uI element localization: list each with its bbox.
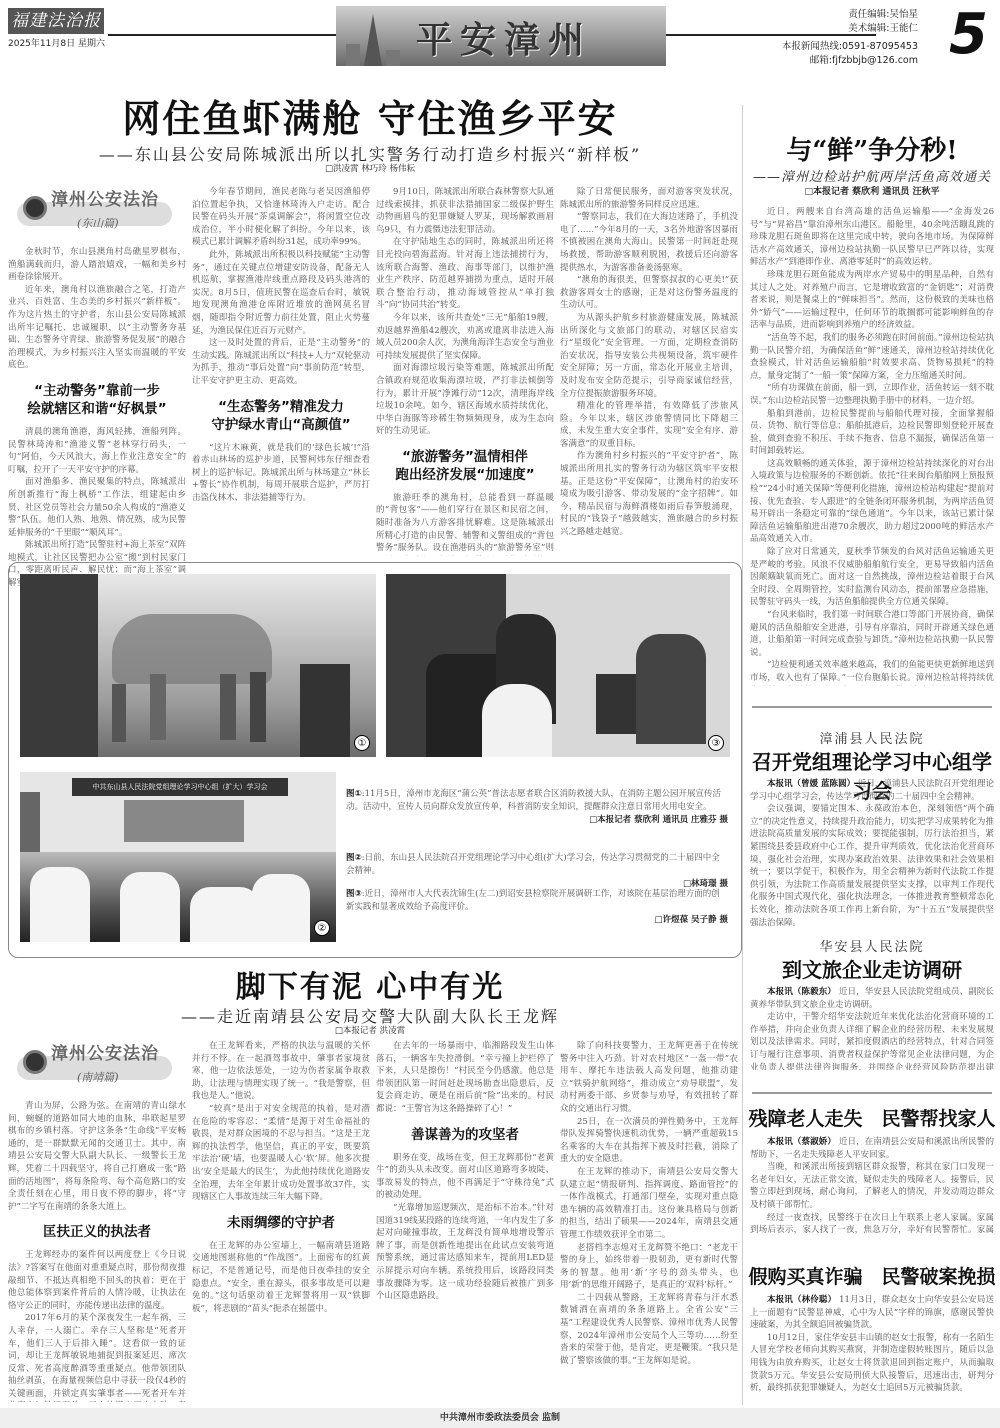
right-story1-subheadline: ——漳州边检站护航两岸活鱼高效通关 <box>748 166 996 185</box>
second-column-1: 漳州公安法治 (南靖篇) 青山为屏，公路为弦。在南靖的青山绿水间，蜿蜒的道路如同… <box>8 1040 186 1402</box>
paragraph: 船舶到港前，边检民警提前与船舶代理对接，全面掌握船员、货物、航行等信息；船舶抵港… <box>750 408 994 458</box>
photo-credit: □许煜葆 吴子静 摄 <box>346 914 728 927</box>
lead-column-1: 漳州公安法治 (东山篇) 金秋时节，东山县澳角村岛礁星罗棋布，渔船满载而归，游人… <box>8 186 186 590</box>
paragraph: 清晨的澳角渔港，海风轻拂，渔船列阵。民警林琦涛和“渔港义警”老林穿行码头，一句“… <box>8 426 186 476</box>
story-divider <box>752 706 992 708</box>
paragraph: “较真”是出于对安全规范的执着，是对潜在危险的零容忍：“柔情”是源于对生命福祉的… <box>192 1103 370 1204</box>
paragraph: “边检便利通关效率越来越高，我们的鱼能更快更新鲜地送到市场，收入也有了保障。”一… <box>750 659 994 686</box>
right-story1-headline: 与“鲜”争分秒! <box>748 130 996 167</box>
section-heading: “主动警务”靠前一步 绘就辖区和谐“好枫景” <box>8 382 186 418</box>
paragraph: 精准化的管理举措，有效降低了涉旅风险。今年以来，辖区涉旅警情同比下降超三成，未发… <box>560 400 738 450</box>
column-badge: 漳州公安法治 (南靖篇) <box>17 1046 177 1092</box>
right-story3-body: 本报讯（陈毅东） 近日，华安县人民法院党组成员、副院长黄养华带队到文旅企业走访调… <box>750 986 994 1070</box>
column-badge: 漳州公安法治 (东山篇) <box>17 192 177 238</box>
section-heading: “生态警务”精准发力 守护绿水青山“高颜值” <box>192 398 370 434</box>
badge-subtitle: (南靖篇) <box>77 1072 119 1085</box>
paragraph: 这高效顺畅的通关体验，源于漳州边检站持续深化的对台出入境政策与边检服务的不断创新… <box>750 458 994 546</box>
right-story1-byline: □本报记者 蔡欣利 通讯员 汪秋平 <box>748 184 996 197</box>
paragraph: 今年以来，该所共查处“三无”船舶19艘，劝返越界渔船42艘次，劝离或遣离非法进入… <box>376 312 554 362</box>
paragraph: “台风来临时，我们第一时间联合港口等部门开展协商，确保避风的活鱼船舶安全进港，引… <box>750 609 994 659</box>
paragraph: 在王龙辉的办公室墙上，一幅南靖县道路交通地图堪称他的“作战图”。上面密布的红黄标… <box>192 1240 370 1316</box>
paragraph: 在王龙辉看来，严格的执法与温暖的关怀并行不悖。在一起酒驾事故中，肇事者家境贫寒，… <box>192 1040 370 1103</box>
lead-column-4: 除了日常便民服务，面对游客突发状况，陈城派出所的旅游警务同样反应迅速。 “警察同… <box>560 186 738 556</box>
right-story3-kicker: 华安县人民法院 <box>748 936 996 955</box>
paragraph: “警察同志，我们在大海边迷路了，手机没电了……”今年8月的一天，3名外地游客因暴… <box>560 211 738 274</box>
paragraph: 今年春节期间，渔民老陈与老吴因渔船停泊位置起争执，又恰逢林琦涛入户走访。配合民警… <box>192 186 370 249</box>
photo-number: ② <box>314 920 330 936</box>
editor-credits: 责任编辑:吴怡星 美术编辑:王能仁 <box>848 8 918 36</box>
email: 邮箱:fjfzbbjb@126.com <box>782 54 918 68</box>
header-rule-right <box>666 34 876 36</box>
paragraph: 王龙辉经办的案件何以两度登上《今日说法》?答案写在他面对重重疑点时，那份彻夜推敲… <box>8 1249 186 1312</box>
header-rule-left <box>108 34 338 36</box>
section-heading: 未雨绸缪的守护者 <box>192 1214 370 1232</box>
editor-label: 责任编辑:吴怡星 <box>848 8 918 22</box>
paragraph: 经过一夜查找，民警终于在次日上午联系上老人家属。家属到场后表示，家人找了一夜，焦… <box>750 1212 994 1234</box>
meeting-banner: 中共东山县人民法院党组理论学习中心组（扩大）学习会 <box>72 778 288 796</box>
building-graphic <box>346 44 360 66</box>
paragraph: “澳角的海很美，但警察叔叔的心更美!”获救游客周女士的感谢，正是对这份警务温度的… <box>560 274 738 312</box>
section-heading: 匡扶正义的执法者 <box>8 1223 186 1241</box>
right-story3-headline: 到文旅企业走访调研 <box>748 954 996 983</box>
paragraph: 旅游旺季的澳角村，总能看到一群温暖的“背包客”——他们穿行在景区和民宿之间，随时… <box>376 492 554 556</box>
paragraph: 当晚，和溪派出所接到辖区群众报警，称其在家门口发现一名老年妇女，无法正常交流，疑… <box>750 1161 994 1211</box>
story-divider <box>752 1092 992 1094</box>
photo-caption-2: 图②:日前，东山县人民法院召开党组理论学习中心组(扩大)学习会，传达学习贯彻党的… <box>346 852 728 891</box>
paragraph: “活鱼等不起，我们的服务必须跑在时间前面。”漳州边检站执勤一队民警介绍，为确保活… <box>750 332 994 382</box>
paragraph: 近年来，澳角村以渔旅融合之笔，打造产业兴、百姓富、生态美的乡村振兴“新样板”。作… <box>8 284 186 372</box>
paragraph: 青山为屏，公路为弦。在南靖的青山绿水间，蜿蜒的道路如同大地的血脉，串联起星罗棋布… <box>8 1100 186 1213</box>
issue-date: 2025年11月8日 星期六 <box>8 36 105 49</box>
newspaper-logo: 福建法治报 <box>8 8 104 34</box>
paragraph: 走访中，干警介绍华安法院近年来优化法治化营商环境的工作举措，并向企业负责人详细了… <box>750 1011 994 1070</box>
photo-number: ③ <box>708 735 724 751</box>
section-banner-title: 平安漳州 <box>416 12 592 63</box>
paragraph: 面对渔船多、渔民聚集的特点，陈城派出所创新推行“海上枫桥”工作法，组建起由乡贤、… <box>8 476 186 539</box>
photo-2: 中共东山县人民法院党组理论学习中心组（扩大）学习会 ② <box>20 772 336 942</box>
badge-title: 漳州公安法治 <box>51 194 159 207</box>
lead-headline: 网住鱼虾满舱 守住渔乡平安 <box>0 88 740 143</box>
right-story4-headline: 残障老人走失 民警帮找家人 <box>748 1104 996 1131</box>
photo-credit: □本报记者 蔡欣利 通讯员 庄雅芬 摄 <box>346 814 728 827</box>
paragraph: 面对海漂垃圾污染等难题，陈城派出所配合镇政府规范收集海漂垃圾，严打非法倾倒等行为… <box>376 362 554 438</box>
right-story1-body: 近日，两艘来自台湾高雄的活鱼运输船——“金海发26号”与“昇裕昌”靠泊漳州东山港… <box>750 206 994 686</box>
paragraph: 职务在变，战场在变，但王龙辉那份“老黄牛”的劲头从未改变。面对山区道路弯多坡陡、… <box>376 1152 554 1202</box>
badge-title: 漳州公安法治 <box>51 1048 159 1061</box>
photo-caption-1: 图①:11月5日，漳州市龙海区“蒲公英”普法志愿者联合区消防救援大队，在消防主题… <box>346 788 728 827</box>
right-story2-body: 本报讯（曾媛 蓝陈圆） 近日，漳浦县人民法院召开党组理论学习中心组学习会，传达学… <box>750 778 994 928</box>
paragraph: 除了向科技要警力，王龙辉更善于在传统警务中注入巧劲。针对农村地区“一盔一带”农用… <box>560 1040 738 1116</box>
second-column-3: 在去年的一场暴雨中，临湘路段发生山体落石，一辆客车失控滑倒。“幸亏撞上护栏停了下… <box>376 1040 554 1402</box>
right-story2-kicker: 漳浦县人民法院 <box>748 728 996 747</box>
hotline: 本报新闻热线:0591-87095453 <box>782 40 918 54</box>
paragraph: 这一及时处置的背后，正是“主动警务”的生动实践。陈城派出所以“科技+人力”双轮驱… <box>192 337 370 387</box>
paragraph: 在去年的一场暴雨中，临湘路段发生山体落石，一辆客车失控滑倒。“幸亏撞上护栏停了下… <box>376 1040 554 1116</box>
police-emblem-icon <box>23 196 47 220</box>
paragraph: “所有功课做在前面，船一到，立即作业，活鱼转运一刻不耽误。”东山边检站民警一边整… <box>750 382 994 407</box>
badge-subtitle: (东山篇) <box>77 218 119 231</box>
paragraph: “这片木麻黄，就是我们的‘绿色长城’!”沿着赤山林场的巡护步道，民警柯炜东仔细查… <box>192 442 370 505</box>
section-banner: 平安漳州 <box>336 6 666 66</box>
second-headline: 脚下有泥 心中有光 <box>0 962 740 1006</box>
right-story5-body: 本报讯（林伶聪） 11月3日，群众赵女士向华安县公安局送上一面题有“民警显神威，… <box>750 1294 994 1402</box>
section-heading: 善谋善为的攻坚者 <box>376 1126 554 1144</box>
paragraph: 老搭档李志煌对王龙辉赞不绝口：“老龙干警的身上，始终带着一股韧劲，更有新时代警务… <box>560 1242 738 1292</box>
paragraph: 除了日常便民服务，面对游客突发状况，陈城派出所的旅游警务同样反应迅速。 <box>560 186 738 211</box>
lead-column-2: 今年春节期间，渔民老陈与老吴因渔船停泊位置起争执，又恰逢林琦涛入户走访。配合民警… <box>192 186 370 556</box>
lead-byline: □洪凌霄 林巧玲 杨伟耘 <box>0 162 740 174</box>
paragraph: 除了应对日常通关，夏秋季节频发的台风对活鱼运输通关更是严峻的考验。风浪不仅威胁船… <box>750 546 994 609</box>
building-graphic <box>386 50 400 66</box>
paragraph: 在王龙辉的推动下，南靖县公安局交警大队建立起“情报研判、指挥调度、路面管控”的一… <box>560 1166 738 1242</box>
paragraph: 金秋时节，东山县澳角村岛礁星罗棋布，渔船满载而归，游人踏浪嬉戏，一幅和美乡村画卷… <box>8 246 186 284</box>
column-divider <box>742 105 743 1405</box>
footer-supervisor: 中共漳州市委政法委员会 监制 <box>0 1408 1000 1428</box>
photo-caption-3: 图③:近日，漳州市人大代表沈锦生(左二)到诏安县检察院开展调研工作，对该院在基层… <box>346 888 728 927</box>
second-byline: □本报记者 洪凌霄 <box>0 1024 740 1036</box>
paragraph: 25日，在一次满员的弹性勤务中，王龙辉带队发挥骑警快速机动优势，一辆严重超载15… <box>560 1116 738 1166</box>
contact-info: 本报新闻热线:0591-87095453 邮箱:fjfzbbjb@126.com <box>782 40 918 68</box>
photo-number: ① <box>354 735 370 751</box>
right-story5-headline: 假购买真诈骗 民警破案挽损 <box>748 1262 996 1289</box>
paragraph: 近日，两艘来自台湾高雄的活鱼运输船——“金海发26号”与“昇裕昌”靠泊漳州东山港… <box>750 206 994 269</box>
right-story4-body: 本报讯（蔡淑娇） 近日，在南靖县公安局和溪派出所民警的帮助下，一名走失残障老人平… <box>750 1136 994 1234</box>
paragraph: 10月12日，家住华安县丰山镇的赵女士报警，称有一名陌生人冒充学校老师向其购买燕… <box>750 1332 994 1395</box>
section-heading: “旅游警务”温情相伴 跑出经济发展“加速度” <box>376 448 554 484</box>
paragraph: 此外，陈城派出所积极以科技赋能“主动警务”，通过在关键点位增建安防设备，配备无人… <box>192 249 370 337</box>
paragraph: 在守护陆地生态的同时，陈城派出所还将目光投向碧海蓝海。针对海上违法捕捞行为，该所… <box>376 236 554 312</box>
police-emblem-icon <box>23 1050 47 1074</box>
paragraph: “光靠增加巡逻频次，是治标不治本。”针对国道319线某段路的连续弯道，一年内发生… <box>376 1202 554 1303</box>
art-editor-label: 美术编辑:王能仁 <box>848 22 918 36</box>
paragraph: 为从源头护航乡村旅游健康发展，陈城派出所深化与文旅部门的联动，对辖区民宿实行“星… <box>560 312 738 400</box>
second-column-2: 在王龙辉看来，严格的执法与温暖的关怀并行不悖。在一起酒驾事故中，肇事者家境贫寒，… <box>192 1040 370 1402</box>
paragraph: 会议强调，要锚定围本、永葆政治本色，深刻领悟“两个确立”的决定性意义，持续提升政… <box>750 803 994 928</box>
tower-graphic <box>364 14 382 66</box>
paragraph: 二十四载从警路，王龙辉将青春与汗水悉数铺洒在南靖的条条道路上。全省公安“三基”工… <box>560 1292 738 1368</box>
paragraph: 2017年6月的某个深夜发生一起车祸，三人幸存，一人溺亡。幸存三人坚称是“死者开… <box>8 1312 186 1402</box>
photo-1: ① <box>20 574 376 757</box>
second-column-4: 除了向科技要警力，王龙辉更善于在传统警务中注入巧劲。针对农村地区“一盔一带”农用… <box>560 1040 738 1402</box>
paragraph: 作为澳角村乡村振兴的“平安守护者”，陈城派出所用扎实的警务行动为辖区筑牢平安根基… <box>560 450 738 538</box>
paragraph: 9月10日，陈城派出所联合森林警察大队通过线索摸排，抓获非法猎捕国家二级保护野生… <box>376 186 554 236</box>
paragraph: 珍珠龙胆石斑鱼能成为两岸水产贸易中的明星品种，自然有其过人之处。对养殖户而言，它… <box>750 269 994 332</box>
page-number: 5 <box>949 2 988 67</box>
photo-3: ③ <box>386 574 730 757</box>
lead-column-3: 9月10日，陈城派出所联合森林警察大队通过线索摸排，抓获非法猎捕国家二级保护野生… <box>376 186 554 556</box>
